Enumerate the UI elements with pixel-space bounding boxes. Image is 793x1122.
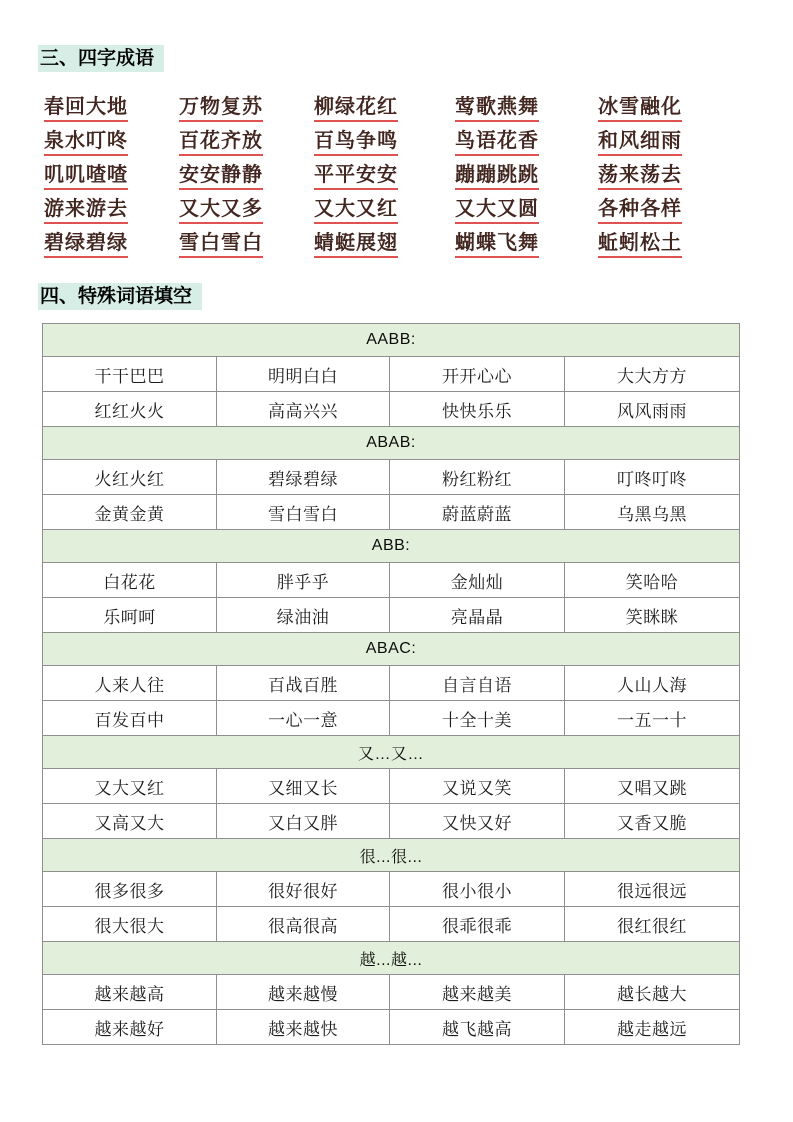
idiom-cell: 冰雪融化 (598, 89, 748, 123)
table-row: 越来越高越来越慢越来越美越长越大 (43, 975, 740, 1010)
table-cell: 雪白雪白 (217, 495, 390, 530)
table-row: 火红火红碧绿碧绿粉红粉红叮咚叮咚 (43, 460, 740, 495)
table-row: 干干巴巴明明白白开开心心大大方方 (43, 357, 740, 392)
idiom-word: 百鸟争鸣 (314, 124, 398, 156)
pattern-label: ABAB: (43, 427, 740, 460)
idiom-word: 蝴蝶飞舞 (455, 226, 539, 258)
idiom-word: 叽叽喳喳 (44, 158, 128, 190)
idiom-cell: 百鸟争鸣 (314, 123, 455, 157)
table-row: 红红火火高高兴兴快快乐乐风风雨雨 (43, 392, 740, 427)
pattern-label: 越...越... (43, 942, 740, 975)
table-cell: 越来越好 (43, 1010, 217, 1045)
table-cell: 明明白白 (217, 357, 390, 392)
table-cell: 越来越快 (217, 1010, 390, 1045)
idiom-cell: 莺歌燕舞 (455, 89, 598, 123)
table-cell: 越来越高 (43, 975, 217, 1010)
idiom-word: 和风细雨 (598, 124, 682, 156)
table-cell: 很红很红 (565, 907, 740, 942)
table-cell: 火红火红 (43, 460, 217, 495)
table-row: 很大很大很高很高很乖很乖很红很红 (43, 907, 740, 942)
table-row: 百发百中一心一意十全十美一五一十 (43, 701, 740, 736)
pattern-header-row: ABB: (43, 530, 740, 563)
table-cell: 又香又脆 (565, 804, 740, 839)
idiom-cell: 又大又红 (314, 191, 455, 225)
table-row: 又大又红又细又长又说又笑又唱又跳 (43, 769, 740, 804)
table-cell: 很好很好 (217, 872, 390, 907)
table-cell: 百发百中 (43, 701, 217, 736)
table-row: 越来越好越来越快越飞越高越走越远 (43, 1010, 740, 1045)
idiom-word: 鸟语花香 (455, 124, 539, 156)
idiom-word: 又大又红 (314, 192, 398, 224)
section4-title: 四、特殊词语填空 (38, 282, 755, 312)
idiom-word: 安安静静 (179, 158, 263, 190)
worksheet-page: { "colors": { "title_highlight": "#d6eee… (0, 0, 793, 1122)
idiom-word: 泉水叮咚 (44, 124, 128, 156)
table-cell: 乌黑乌黑 (565, 495, 740, 530)
idiom-word: 万物复苏 (179, 90, 263, 122)
section3-title-text: 三、四字成语 (38, 45, 164, 72)
idiom-cell: 安安静静 (179, 157, 314, 191)
table-cell: 越飞越高 (390, 1010, 565, 1045)
table-cell: 碧绿碧绿 (217, 460, 390, 495)
table-cell: 又白又胖 (217, 804, 390, 839)
table-cell: 白花花 (43, 563, 217, 598)
idiom-cell: 鸟语花香 (455, 123, 598, 157)
pattern-label: ABAC: (43, 633, 740, 666)
pattern-header-row: ABAC: (43, 633, 740, 666)
pattern-header-row: AABB: (43, 324, 740, 357)
table-cell: 很小很小 (390, 872, 565, 907)
table-cell: 绿油油 (217, 598, 390, 633)
table-cell: 笑眯眯 (565, 598, 740, 633)
table-cell: 又高又大 (43, 804, 217, 839)
idiom-word: 雪白雪白 (179, 226, 263, 258)
table-cell: 又细又长 (217, 769, 390, 804)
idiom-word: 冰雪融化 (598, 90, 682, 122)
pattern-label: ABB: (43, 530, 740, 563)
pattern-header-row: 又…又… (43, 736, 740, 769)
pattern-label: 又…又… (43, 736, 740, 769)
idiom-cell: 蹦蹦跳跳 (455, 157, 598, 191)
table-cell: 十全十美 (390, 701, 565, 736)
table-cell: 蔚蓝蔚蓝 (390, 495, 565, 530)
table-cell: 越走越远 (565, 1010, 740, 1045)
idiom-word: 蜻蜓展翅 (314, 226, 398, 258)
idiom-word: 春回大地 (44, 90, 128, 122)
table-cell: 又快又好 (390, 804, 565, 839)
table-cell: 人来人往 (43, 666, 217, 701)
table-cell: 快快乐乐 (390, 392, 565, 427)
idiom-word: 各种各样 (598, 192, 682, 224)
table-cell: 风风雨雨 (565, 392, 740, 427)
idiom-cell: 又大又圆 (455, 191, 598, 225)
section3-title: 三、四字成语 (38, 44, 755, 74)
pattern-table-body: AABB:干干巴巴明明白白开开心心大大方方红红火火高高兴兴快快乐乐风风雨雨ABA… (43, 324, 740, 1045)
idiom-cell: 春回大地 (44, 89, 179, 123)
table-cell: 越长越大 (565, 975, 740, 1010)
idiom-cell: 游来游去 (44, 191, 179, 225)
idiom-cell: 荡来荡去 (598, 157, 748, 191)
table-cell: 一五一十 (565, 701, 740, 736)
idiom-cell: 又大又多 (179, 191, 314, 225)
pattern-label: 很...很... (43, 839, 740, 872)
idiom-cell: 和风细雨 (598, 123, 748, 157)
table-cell: 金灿灿 (390, 563, 565, 598)
idiom-cell: 百花齐放 (179, 123, 314, 157)
idiom-word: 又大又圆 (455, 192, 539, 224)
idiom-cell: 平平安安 (314, 157, 455, 191)
table-cell: 笑哈哈 (565, 563, 740, 598)
table-cell: 干干巴巴 (43, 357, 217, 392)
pattern-table: AABB:干干巴巴明明白白开开心心大大方方红红火火高高兴兴快快乐乐风风雨雨ABA… (42, 323, 740, 1045)
table-cell: 很远很远 (565, 872, 740, 907)
idiom-word: 碧绿碧绿 (44, 226, 128, 258)
table-cell: 高高兴兴 (217, 392, 390, 427)
table-cell: 又唱又跳 (565, 769, 740, 804)
idiom-cell: 柳绿花红 (314, 89, 455, 123)
table-cell: 百战百胜 (217, 666, 390, 701)
table-cell: 一心一意 (217, 701, 390, 736)
idiom-cell: 蝴蝶飞舞 (455, 225, 598, 259)
idiom-cell: 碧绿碧绿 (44, 225, 179, 259)
document-body: 三、四字成语 春回大地万物复苏柳绿花红莺歌燕舞冰雪融化泉水叮咚百花齐放百鸟争鸣鸟… (0, 0, 793, 1045)
table-row: 又高又大又白又胖又快又好又香又脆 (43, 804, 740, 839)
table-cell: 越来越美 (390, 975, 565, 1010)
table-cell: 金黄金黄 (43, 495, 217, 530)
table-row: 很多很多很好很好很小很小很远很远 (43, 872, 740, 907)
pattern-header-row: 很...很... (43, 839, 740, 872)
table-cell: 粉红粉红 (390, 460, 565, 495)
idiom-cell: 泉水叮咚 (44, 123, 179, 157)
pattern-header-row: 越...越... (43, 942, 740, 975)
table-cell: 开开心心 (390, 357, 565, 392)
idiom-cell: 蚯蚓松土 (598, 225, 748, 259)
table-cell: 自言自语 (390, 666, 565, 701)
table-cell: 越来越慢 (217, 975, 390, 1010)
idiom-cell: 蜻蜓展翅 (314, 225, 455, 259)
idiom-cell: 万物复苏 (179, 89, 314, 123)
idiom-cell: 雪白雪白 (179, 225, 314, 259)
idiom-word: 柳绿花红 (314, 90, 398, 122)
idiom-word: 蚯蚓松土 (598, 226, 682, 258)
table-cell: 又说又笑 (390, 769, 565, 804)
table-row: 人来人往百战百胜自言自语人山人海 (43, 666, 740, 701)
table-cell: 很乖很乖 (390, 907, 565, 942)
section4-title-text: 四、特殊词语填空 (38, 283, 202, 310)
table-row: 白花花胖乎乎金灿灿笑哈哈 (43, 563, 740, 598)
idiom-word: 平平安安 (314, 158, 398, 190)
table-cell: 乐呵呵 (43, 598, 217, 633)
table-cell: 胖乎乎 (217, 563, 390, 598)
idiom-word: 蹦蹦跳跳 (455, 158, 539, 190)
pattern-header-row: ABAB: (43, 427, 740, 460)
idiom-word: 百花齐放 (179, 124, 263, 156)
idiom-cell: 叽叽喳喳 (44, 157, 179, 191)
table-cell: 很大很大 (43, 907, 217, 942)
table-cell: 红红火火 (43, 392, 217, 427)
pattern-label: AABB: (43, 324, 740, 357)
table-row: 乐呵呵绿油油亮晶晶笑眯眯 (43, 598, 740, 633)
table-cell: 又大又红 (43, 769, 217, 804)
idiom-cell: 各种各样 (598, 191, 748, 225)
idiom-word: 游来游去 (44, 192, 128, 224)
idiom-word: 莺歌燕舞 (455, 90, 539, 122)
table-cell: 人山人海 (565, 666, 740, 701)
idiom-grid: 春回大地万物复苏柳绿花红莺歌燕舞冰雪融化泉水叮咚百花齐放百鸟争鸣鸟语花香和风细雨… (44, 89, 755, 259)
table-cell: 很高很高 (217, 907, 390, 942)
table-cell: 大大方方 (565, 357, 740, 392)
table-cell: 亮晶晶 (390, 598, 565, 633)
table-cell: 很多很多 (43, 872, 217, 907)
table-cell: 叮咚叮咚 (565, 460, 740, 495)
idiom-word: 又大又多 (179, 192, 263, 224)
idiom-word: 荡来荡去 (598, 158, 682, 190)
table-row: 金黄金黄雪白雪白蔚蓝蔚蓝乌黑乌黑 (43, 495, 740, 530)
